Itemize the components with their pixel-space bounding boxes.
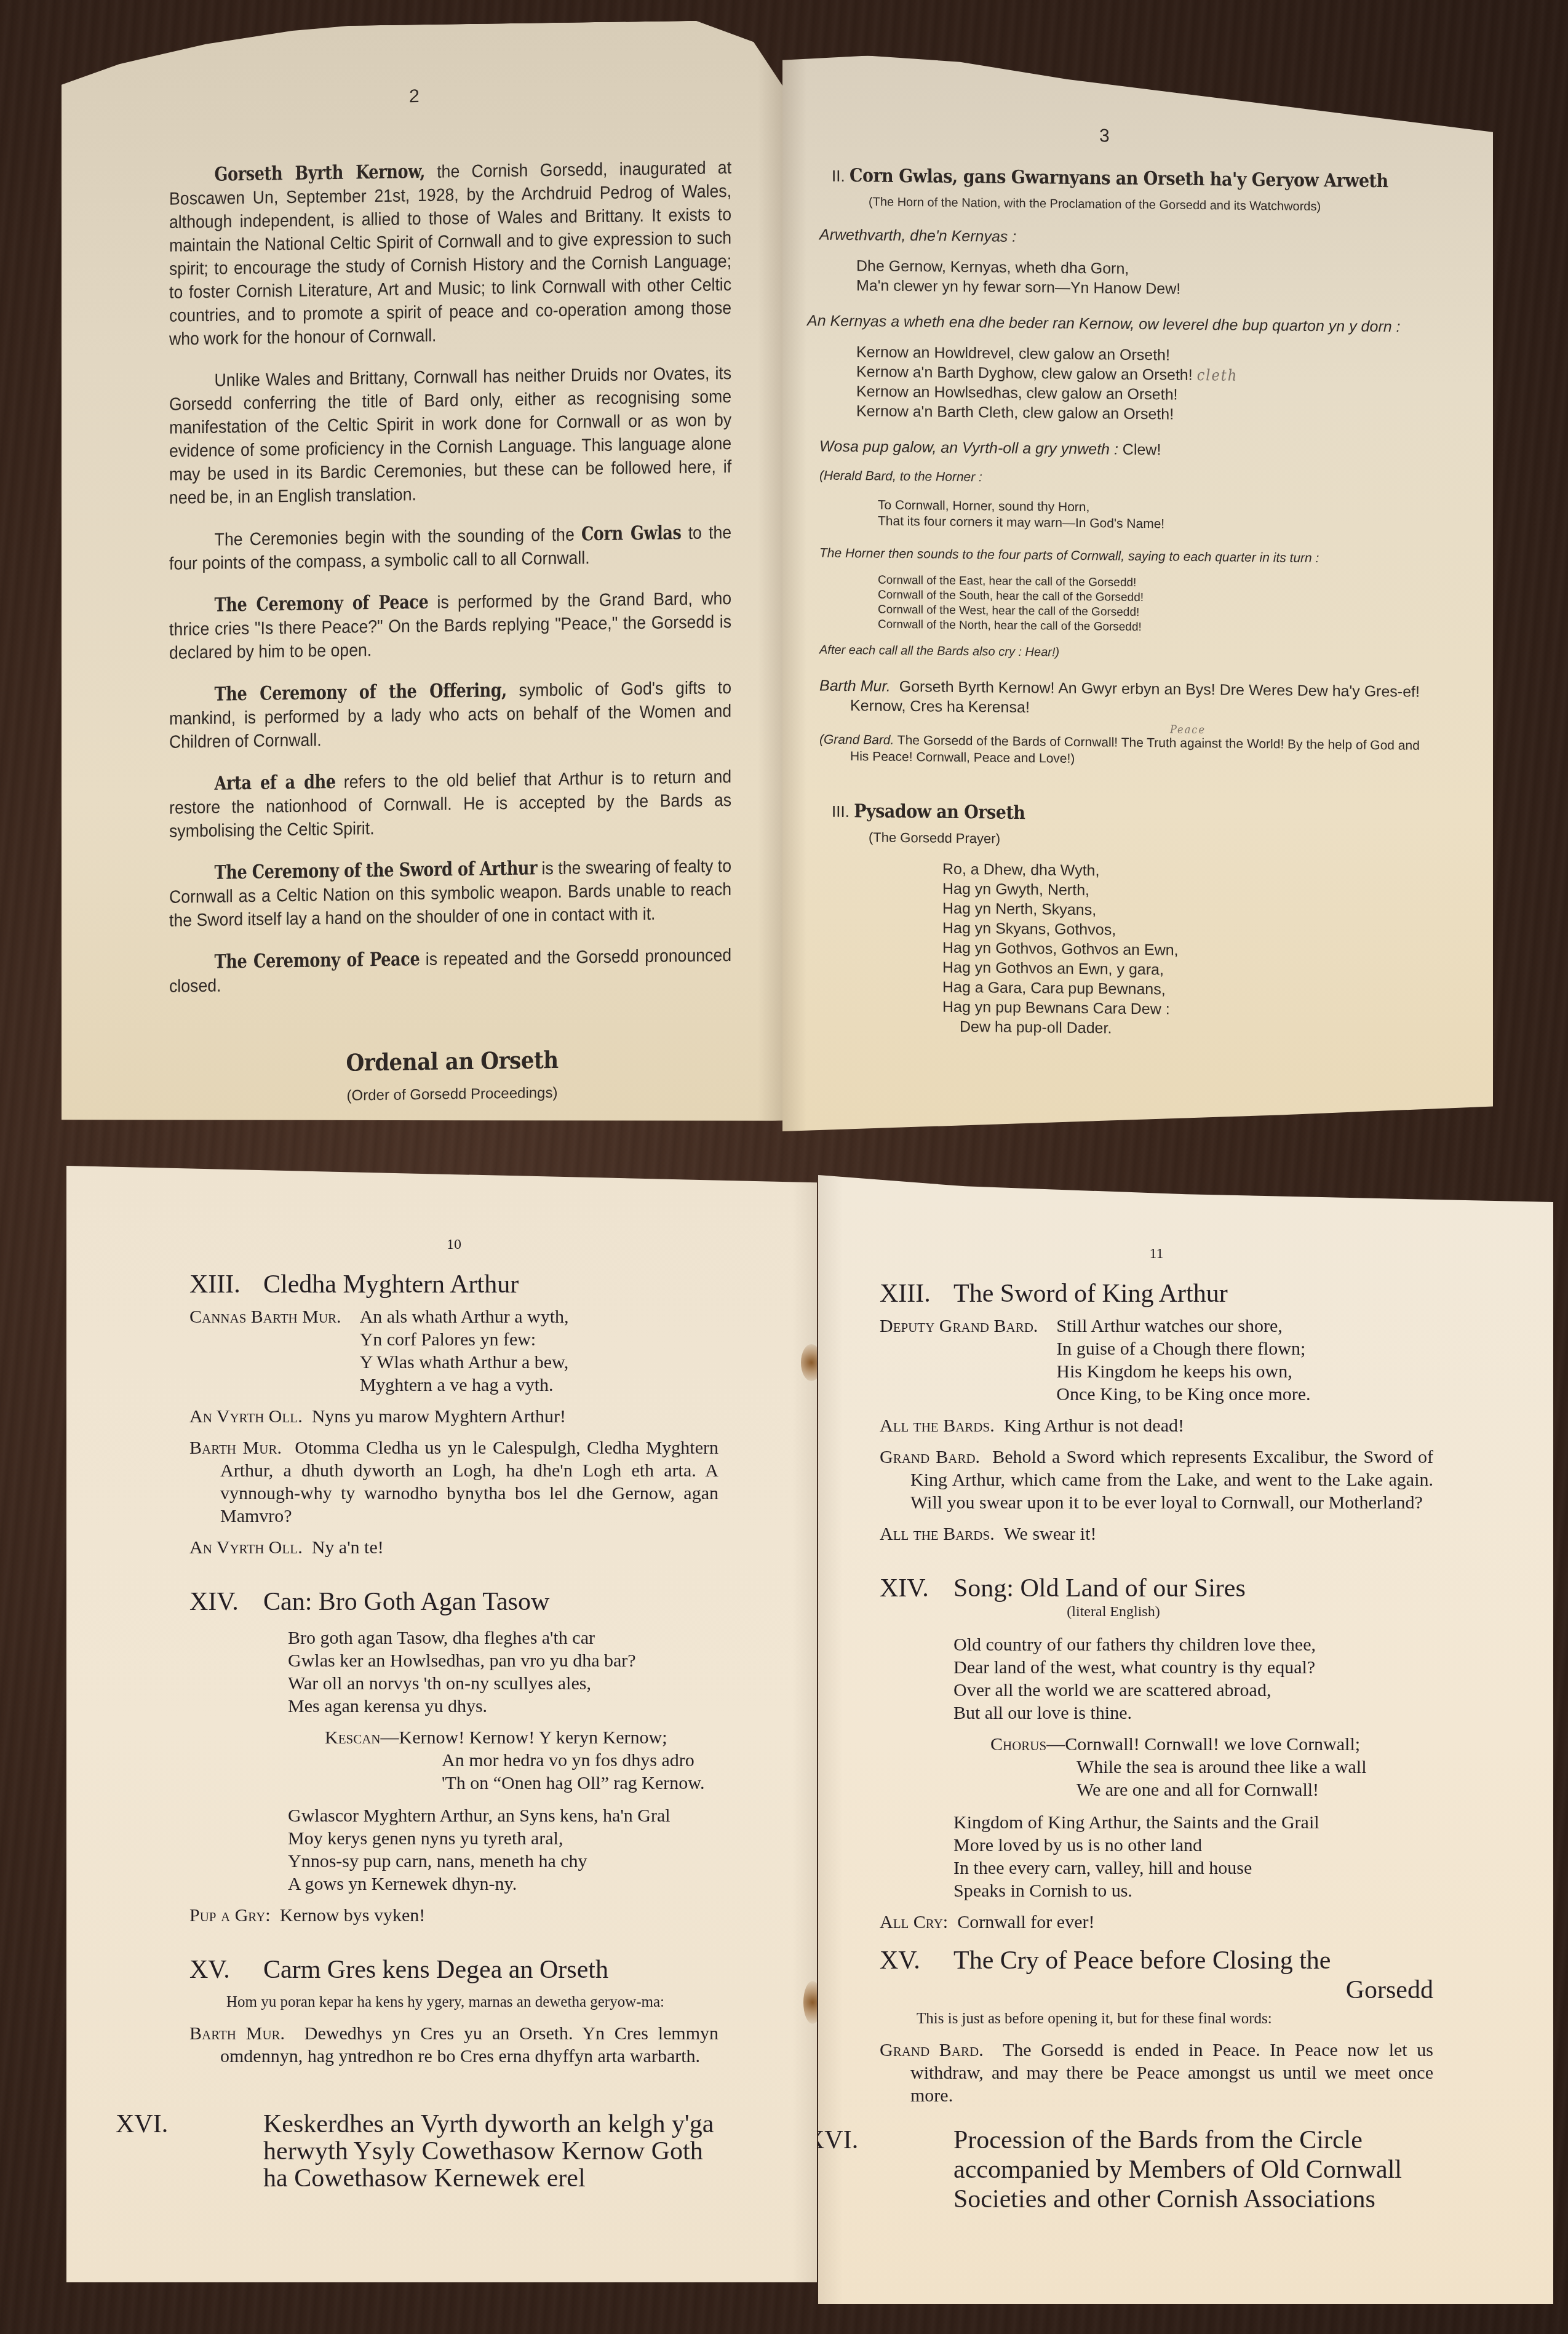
closing-paragraph: The Ceremony of Peace is repeated and th… [169, 943, 731, 998]
section-heading: III. Pysadow an Orseth [819, 802, 1435, 827]
speech: Pup a Gry: Kernow bys vyken! [189, 1904, 718, 1927]
speaker-label: All Cry: [880, 1912, 948, 1932]
speech: An Vyrth Oll. Ny a'n te! [189, 1536, 718, 1559]
verse: To Cornwall, Horner, sound thy Horn, Tha… [819, 497, 1435, 535]
stage-direction: Wosa pup galow, an Vyrth-oll a gry ynwet… [819, 437, 1435, 463]
booklet-page-2: 2 Gorseth Byrth Kernow, the Cornish Gors… [62, 20, 782, 1131]
speaker-label: Barth Mur. [189, 2023, 285, 2044]
speech: All Cry: Cornwall for ever! [880, 1911, 1433, 1934]
speaker-label: Grand Bard. [880, 2040, 984, 2060]
page-number: 11 [880, 1243, 1433, 1265]
order-title: Ordenal an Orseth [169, 1046, 735, 1077]
page-3-body: II. Corn Gwlas, gans Gwarnyans an Orseth… [819, 166, 1435, 1042]
stage-direction: After each call all the Bards also cry :… [819, 640, 1435, 666]
peace-ceremony-paragraph: The Ceremony of Peace is performed by th… [169, 586, 731, 665]
sword-ceremony-paragraph: The Ceremony of the Sword of Arthur is t… [169, 854, 731, 933]
section-heading: XV.Carm Gres kens Degea an Orseth [189, 1955, 718, 1985]
section-heading: I.Kerdhes an Vyrth dhe'n Kelgh gans Proc… [169, 1133, 735, 1166]
page-10-body: 10 XIII.Cledha Myghtern Arthur Cannas Ba… [189, 1233, 718, 2198]
section-note: Hom yu poran kepar ha kens hy ygery, mar… [189, 1991, 718, 2013]
section-heading: XIII.The Sword of King Arthur [880, 1279, 1433, 1308]
arta-paragraph: Arta ef a dhe refers to the old belief t… [169, 765, 731, 843]
section-subtitle: (The Gorsedd Prayer) [819, 830, 1435, 851]
order-subtitle: (Order of Gorsedd Proceedings) [169, 1079, 735, 1110]
speaker-label: Cannas Barth Mur. [189, 1305, 341, 1396]
gothic-lead: Corn Gwlas [581, 522, 682, 545]
section-heading: XIV.Song: Old Land of our Sires [880, 1574, 1433, 1603]
stage-direction: (Herald Bard, to the Horner : [819, 466, 1435, 492]
speaker-label: All the Bards. [880, 1416, 995, 1436]
song-stanza: Bro goth agan Tasow, dha fleghes a'th ca… [189, 1627, 718, 1718]
section-heading: XVI.Procession of the Bards from the Cir… [880, 2125, 1433, 2214]
speech: Cannas Barth Mur. An als whath Arthur a … [189, 1305, 718, 1396]
speech: An Vyrth Oll. Nyns yu marow Myghtern Art… [189, 1405, 718, 1428]
section-heading: XIV.Can: Bro Goth Agan Tasow [189, 1587, 718, 1617]
speech: All the Bards. We swear it! [880, 1523, 1433, 1545]
gutter-shadow [792, 1166, 817, 2282]
speech-translation: Peace(Grand Bard. The Gorsedd of the Bar… [819, 731, 1435, 771]
section-heading: XV.The Cry of Peace before Closing theGo… [880, 1946, 1433, 2005]
verse: Cornwall of the East, hear the call of t… [819, 573, 1435, 638]
section-heading: XVI.Keskerdhes an Vyrth dyworth an kelgh… [189, 2111, 718, 2192]
booklet-page-3: 3 II. Corn Gwlas, gans Gwarnyans an Orse… [782, 55, 1493, 1139]
speech: Deputy Grand Bard. Still Arthur watches … [880, 1315, 1433, 1406]
section-heading: XIII.Cledha Myghtern Arthur [189, 1270, 718, 1299]
page-number: 3 [1099, 125, 1110, 146]
gothic-lead: Gorseth Byrth Kernow, [215, 161, 425, 186]
chorus-label: Chorus [990, 1734, 1046, 1754]
song-chorus: Kescan—Kernow! Kernow! Y keryn Kernow; A… [189, 1726, 718, 1794]
pencil-annotation: cleth [1197, 366, 1238, 384]
page-2-body: Gorseth Byrth Kernow, the Cornish Gorsed… [169, 156, 735, 1198]
song-stanza: Gwlascor Myghtern Arthur, an Syns kens, … [189, 1804, 718, 1895]
speaker-label: Barth Mur. [189, 1438, 282, 1458]
speaker-label: Pup a Gry: [189, 1905, 271, 1926]
booklet-page-11: 11 XIII.The Sword of King Arthur Deputy … [818, 1175, 1553, 2304]
pencil-annotation: Peace [1201, 722, 1206, 738]
section-subtitle: (The Horn of the Nation, with the Procla… [819, 194, 1435, 215]
intro-paragraph: Gorseth Byrth Kernow, the Cornish Gorsed… [169, 156, 731, 351]
section-heading: II. Corn Gwlas, gans Gwarnyans an Orseth… [819, 166, 1435, 192]
booklet-page-10: 10 XIII.Cledha Myghtern Arthur Cannas Ba… [66, 1166, 817, 2282]
speaker-label: Barth Mur. [819, 677, 891, 695]
speaker-label: Deputy Grand Bard. [880, 1315, 1038, 1406]
verse: An als whath Arthur a wyth, Yn corf Palo… [360, 1305, 569, 1396]
gutter-shadow [782, 55, 807, 1131]
gothic-lead: The Ceremony of Peace [215, 948, 420, 973]
speaker-label: All the Bards. [880, 1524, 995, 1544]
speaker-label: An Vyrth Oll. [189, 1406, 303, 1427]
stage-direction: The Horner then sounds to the four parts… [819, 545, 1435, 568]
gutter-shadow [758, 20, 782, 1121]
page-11-body: 11 XIII.The Sword of King Arthur Deputy … [880, 1243, 1433, 2220]
page-number: 10 [189, 1233, 718, 1256]
corn-gwlas-paragraph: The Ceremonies begin with the sounding o… [169, 520, 731, 576]
chorus-label: Kescan [325, 1727, 381, 1748]
speaker-label: An Vyrth Oll. [189, 1537, 303, 1558]
speech: Barth Mur. Dewedhys yn Cres yu an Orseth… [189, 2022, 718, 2068]
gorsedd-prayer: Ro, a Dhew, dha Wyth, Hag yn Gwyth, Nert… [819, 858, 1435, 1042]
speech: Barth Mur. Gorseth Byrth Kernow! An Gwyr… [819, 676, 1435, 722]
song-chorus: Chorus—Cornwall! Cornwall! we love Cornw… [880, 1733, 1433, 1801]
offering-ceremony-paragraph: The Ceremony of the Offering, symbolic o… [169, 675, 731, 754]
page-number: 2 [409, 86, 420, 107]
gothic-lead: Arta ef a dhe [215, 771, 336, 795]
song-stanza: Kingdom of King Arthur, the Saints and t… [880, 1811, 1433, 1902]
speech: Barth Mur. Otomma Cledha us yn le Calesp… [189, 1436, 718, 1527]
speech: All the Bards. King Arthur is not dead! [880, 1414, 1433, 1437]
speaker-label: Grand Bard. [880, 1447, 980, 1467]
bards-paragraph: Unlike Wales and Brittany, Cornwall has … [169, 362, 731, 510]
speech: Grand Bard. The Gorsedd is ended in Peac… [880, 2039, 1433, 2107]
stage-direction: Arwethvarth, dhe'n Kernyas : [819, 225, 1435, 251]
stage-direction: An Kernyas a wheth ena dhe beder ran Ker… [819, 311, 1435, 337]
gothic-lead: The Ceremony of the Offering, [215, 679, 507, 706]
verse: Dhe Gernow, Kernyas, wheth dha Gorn, Ma'… [819, 256, 1435, 301]
section-subtitle: (literal English) [880, 1601, 1433, 1623]
verse: Kernow an Howldrevel, clew galow an Orse… [819, 342, 1435, 427]
song-stanza: Old country of our fathers thy children … [880, 1633, 1433, 1724]
speech: Grand Bard. Behold a Sword which represe… [880, 1446, 1433, 1514]
speaker-label: (Grand Bard. [819, 733, 894, 747]
gothic-lead: The Ceremony of the Sword of Arthur [215, 857, 538, 883]
verse: Still Arthur watches our shore, In guise… [1056, 1315, 1310, 1406]
gothic-lead: The Ceremony of Peace [215, 591, 429, 616]
section-note: This is just as before opening it, but f… [880, 2007, 1433, 2030]
